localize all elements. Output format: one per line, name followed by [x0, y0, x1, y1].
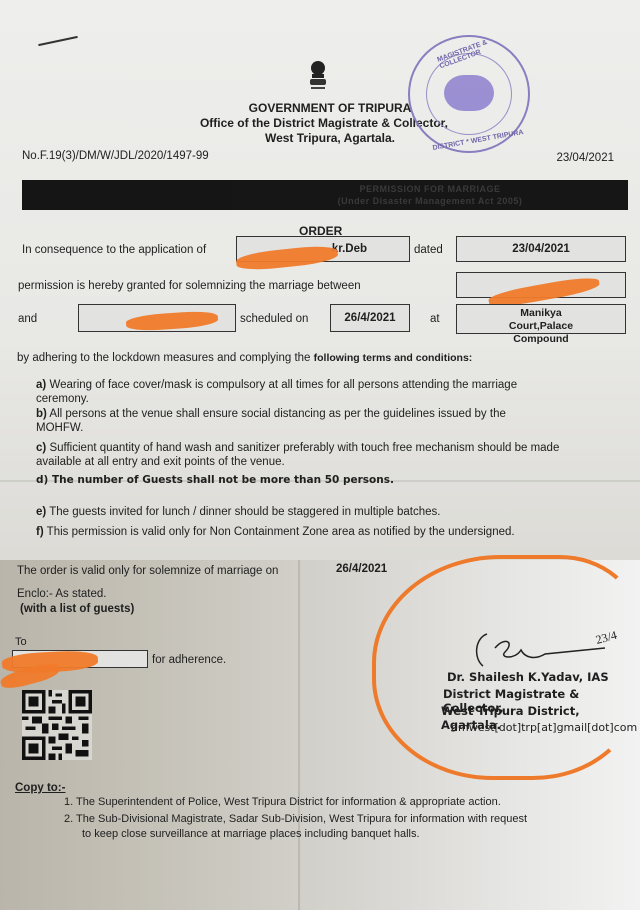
application-date-field: 23/04/2021 — [456, 236, 626, 262]
reference-number: No.F.19(3)/DM/W/JDL/2020/1497-99 — [22, 150, 209, 162]
banner-title: PERMISSION FOR MARRIAGE — [232, 183, 628, 195]
clause-c: c) Sufficient quantity of hand wash and … — [36, 441, 576, 469]
permission-text: permission is hereby granted for solemni… — [18, 280, 361, 292]
and-label: and — [18, 313, 37, 325]
national-emblem-icon — [306, 60, 330, 94]
dated-label: dated — [414, 244, 443, 256]
banner-shade — [22, 180, 232, 210]
scheduled-date-field: 26/4/2021 — [330, 304, 410, 332]
to-label: To — [15, 636, 27, 648]
copy-to-item-2: 2. The Sub-Divisional Magistrate, Sadar … — [64, 812, 527, 826]
enclosure-note: (with a list of guests) — [20, 603, 134, 615]
clause-key: b) — [36, 408, 47, 420]
clause-text: This permission is valid only for Non Co… — [47, 526, 515, 538]
clause-key: a) — [36, 379, 46, 391]
location-heading: West Tripura, Agartala. — [10, 131, 640, 145]
document-date: 23/04/2021 — [556, 152, 614, 164]
clause-key: d) — [36, 474, 48, 486]
terms-intro-text: by adhering to the lockdown measures and… — [17, 352, 310, 364]
validity-text: The order is valid only for solemnize of… — [17, 565, 278, 577]
qr-code — [22, 690, 92, 760]
terms-intro: by adhering to the lockdown measures and… — [17, 352, 472, 364]
copy-to-label: Copy to:- — [15, 782, 65, 794]
venue: Manikya Court,Palace Compound — [509, 307, 573, 345]
stamp-emblem-icon — [444, 75, 494, 111]
banner-subtitle: (Under Disaster Management Act 2005) — [232, 195, 628, 207]
clause-f: f) This permission is valid only for Non… — [36, 525, 596, 539]
application-date: 23/04/2021 — [512, 243, 570, 255]
government-heading: GOVERNMENT OF TRIPURA — [10, 101, 640, 115]
clause-e: e) The guests invited for lunch / dinner… — [36, 505, 596, 519]
clause-key: f) — [36, 526, 44, 538]
clause-key: e) — [36, 506, 46, 518]
signatory-email: dmwest[dot]trp[at]gmail[dot]com — [451, 721, 637, 734]
at-label: at — [430, 313, 440, 325]
clause-d: d) The number of Guests shall not be mor… — [36, 473, 596, 487]
terms-intro-bold: following terms and conditions: — [314, 352, 473, 364]
signatory-name: Dr. Shailesh K.Yadav, IAS — [447, 670, 609, 684]
official-stamp: MAGISTRATE & COLLECTOR DISTRICT * WEST T… — [408, 35, 530, 153]
clause-text: All persons at the venue shall ensure so… — [36, 408, 506, 434]
copy-to-item-1: 1. The Superintendent of Police, West Tr… — [64, 795, 501, 809]
copy-to-item-2-cont: to keep close surveillance at marriage p… — [82, 827, 420, 841]
clause-text: The number of Guests shall not be more t… — [52, 474, 394, 486]
permission-banner: PERMISSION FOR MARRIAGE (Under Disaster … — [232, 180, 628, 210]
application-label: In consequence to the application of — [22, 244, 206, 256]
clause-text: Wearing of face cover/mask is compulsory… — [36, 379, 517, 405]
signature-date: 23/4 — [594, 628, 618, 647]
clause-b: b) All persons at the venue shall ensure… — [36, 407, 556, 435]
venue-field: Manikya Court,Palace Compound — [456, 304, 626, 334]
fold-line-vertical — [298, 560, 300, 910]
office-heading: Office of the District Magistrate & Coll… — [4, 116, 640, 130]
validity-date: 26/4/2021 — [336, 563, 387, 575]
scheduled-label: scheduled on — [240, 313, 308, 325]
scheduled-date: 26/4/2021 — [344, 312, 395, 324]
clause-key: c) — [36, 442, 46, 454]
clause-text: The guests invited for lunch / dinner sh… — [49, 506, 440, 518]
adherence-text: for adherence. — [152, 654, 226, 666]
clause-text: Sufficient quantity of hand wash and san… — [36, 442, 559, 468]
clause-a: a) Wearing of face cover/mask is compuls… — [36, 378, 556, 406]
enclosure-label: Enclo:- As stated. — [17, 588, 107, 600]
